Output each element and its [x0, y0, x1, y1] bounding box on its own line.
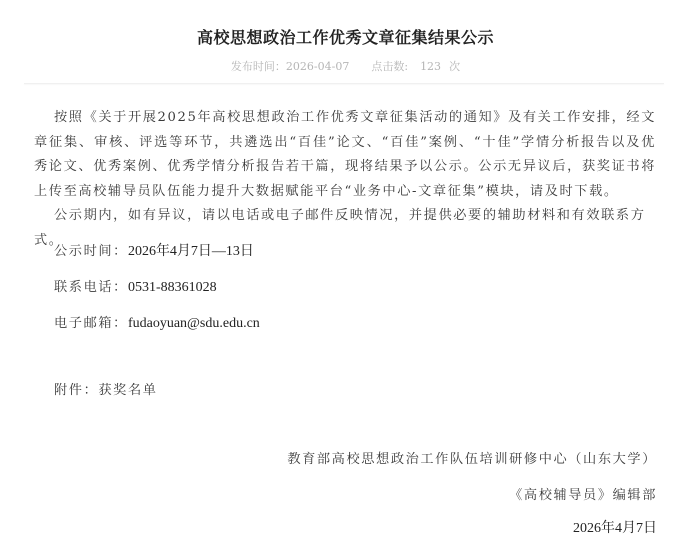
- contact-phone-value: 0531-88361028: [128, 280, 217, 295]
- attachment-link-award-list[interactable]: 获奖名单: [98, 383, 157, 398]
- contact-email-label: 电子邮箱：: [54, 316, 128, 331]
- contact-phone-label: 联系电话：: [54, 280, 128, 295]
- attachment-label: 附件：: [54, 383, 98, 398]
- attachment: 附件：获奖名单: [54, 379, 158, 398]
- publicity-period-value: 2026年4月7日—13日: [128, 244, 254, 259]
- publicity-period-label: 公示时间：: [54, 244, 128, 259]
- views-count: 123: [420, 60, 441, 73]
- views-unit: 次: [449, 58, 460, 74]
- publicity-period: 公示时间：2026年4月7日—13日: [54, 240, 254, 260]
- article: 高校思想政治工作优秀文章征集结果公示 发布时间：2026-04-07点击数:12…: [0, 0, 691, 538]
- paragraph-announcement: 按照《关于开展2025年高校思想政治工作优秀文章征集活动的通知》及有关工作安排，…: [34, 106, 656, 204]
- contact-phone: 联系电话：0531-88361028: [54, 276, 217, 296]
- signature-date: 2026年4月7日: [573, 517, 657, 537]
- article-meta: 发布时间：2026-04-07点击数:123次: [0, 58, 691, 74]
- contact-email-value: fudaoyuan@sdu.edu.cn: [128, 316, 260, 331]
- contact-email: 电子邮箱：fudaoyuan@sdu.edu.cn: [54, 312, 260, 332]
- article-title: 高校思想政治工作优秀文章征集结果公示: [0, 25, 691, 48]
- views-label: 点击数:: [371, 58, 408, 74]
- header-divider: [24, 83, 664, 84]
- signature-organization: 教育部高校思想政治工作队伍培训研修中心（山东大学）: [287, 448, 657, 467]
- signature-department: 《高校辅导员》编辑部: [509, 484, 657, 503]
- publish-date-label: 发布时间：: [231, 58, 286, 74]
- publish-date: 2026-04-07: [286, 60, 349, 73]
